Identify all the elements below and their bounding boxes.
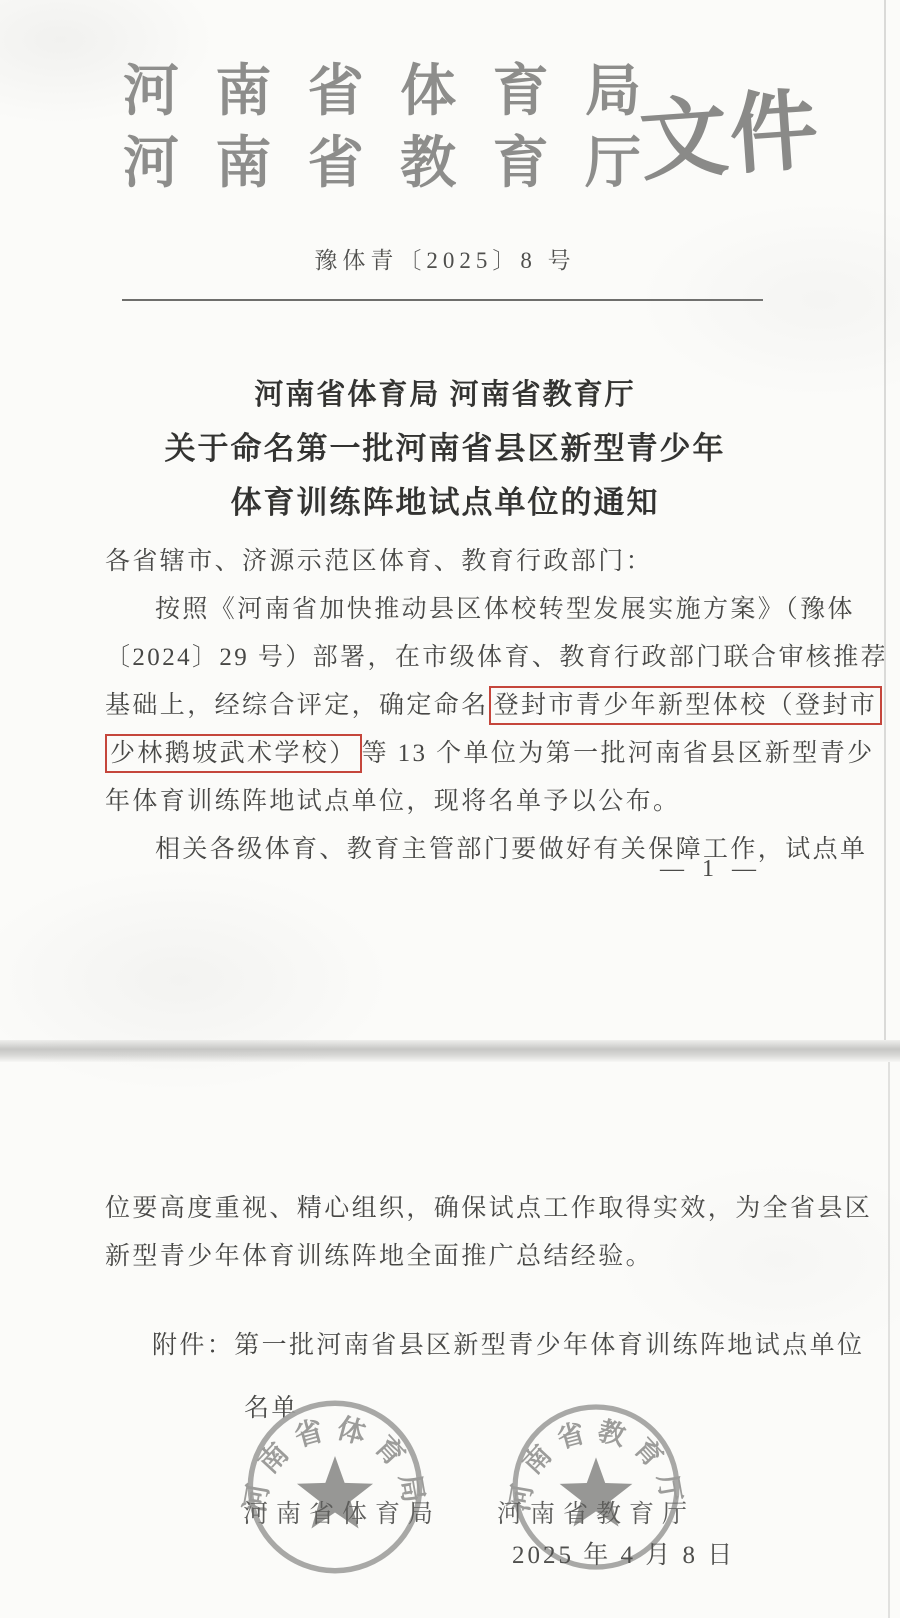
page-number: — 1 — — [600, 856, 762, 883]
body-text: 基础上，经综合评定，确定命名 — [105, 692, 489, 719]
page1-right-edge — [884, 0, 886, 1040]
signature-education-dept: 河南省教育厅 — [497, 1494, 695, 1530]
issue-date: 2025 年 4 月 8 日 — [512, 1535, 735, 1571]
letterhead-org-line-2: 河南省教育厅 — [123, 128, 641, 200]
letterhead-document-word: 文件 — [637, 86, 823, 190]
header-rule-line — [122, 299, 763, 301]
body-text: 年体育训练阵地试点单位，现将名单予以公布。 — [105, 788, 680, 815]
body-line: 按照《河南省加快推动县区体校转型发展实施方案》（豫体 — [105, 586, 888, 634]
body-line: 〔2024〕29 号）部署，在市级体育、教育行政部门联合审核推荐 — [105, 634, 888, 682]
page2-right-edge — [888, 1062, 890, 1618]
page1-body: 各省辖市、济源示范区体育、教育行政部门： 按照《河南省加快推动县区体校转型发展实… — [105, 538, 888, 874]
red-highlight-box-1: 登封市青少年新型体校（登封市 — [489, 686, 883, 725]
notice-title-line-1: 河南省体育局 河南省教育厅 — [0, 368, 890, 422]
body-line: 相关各级体育、教育主管部门要做好有关保障工作，试点单 — [105, 826, 888, 874]
letterhead-org-line-1: 河南省体育局 — [123, 56, 641, 128]
body-line: 新型青少年体育训练阵地全面推广总结经验。 — [105, 1232, 872, 1280]
body-text: 〔2024〕29 号）部署，在市级体育、教育行政部门联合审核推荐 — [105, 644, 888, 671]
page2-body: 位要高度重视、精心组织，确保试点工作取得实效，为全省县区 新型青少年体育训练阵地… — [105, 1184, 872, 1280]
body-line: 位要高度重视、精心组织，确保试点工作取得实效，为全省县区 — [105, 1184, 872, 1232]
signature-sports-bureau: 河南省体育局 — [243, 1494, 441, 1530]
red-highlight-box-2: 少林鹅坡武术学校） — [105, 734, 362, 773]
body-text: 按照《河南省加快推动县区体校转型发展实施方案》（豫体 — [155, 596, 855, 623]
body-line: 年体育训练阵地试点单位，现将名单予以公布。 — [105, 778, 888, 826]
attachment-line-1: 附件：第一批河南省县区新型青少年体育训练阵地试点单位 — [152, 1314, 864, 1377]
notice-title: 河南省体育局 河南省教育厅 关于命名第一批河南省县区新型青少年 体育训练阵地试点… — [0, 368, 890, 530]
official-seal-sports-bureau: 河南省体育局 — [238, 1396, 432, 1578]
body-text: 等 13 个单位为第一批河南省县区新型青少 — [362, 740, 875, 767]
document-number: 豫体青〔2025〕8 号 — [0, 242, 890, 275]
document-scan: 河南省体育局 河南省教育厅 文件 豫体青〔2025〕8 号 河南省体育局 河南省… — [0, 0, 900, 1618]
body-line: 基础上，经综合评定，确定命名登封市青少年新型体校（登封市 — [105, 682, 888, 730]
notice-title-line-2: 关于命名第一批河南省县区新型青少年 — [0, 422, 890, 476]
page-break-gap — [0, 1040, 900, 1062]
notice-title-line-3: 体育训练阵地试点单位的通知 — [0, 476, 890, 530]
letterhead: 河南省体育局 河南省教育厅 — [123, 56, 641, 200]
salutation: 各省辖市、济源示范区体育、教育行政部门： — [105, 538, 888, 586]
body-line: 少林鹅坡武术学校）等 13 个单位为第一批河南省县区新型青少 — [105, 730, 888, 778]
